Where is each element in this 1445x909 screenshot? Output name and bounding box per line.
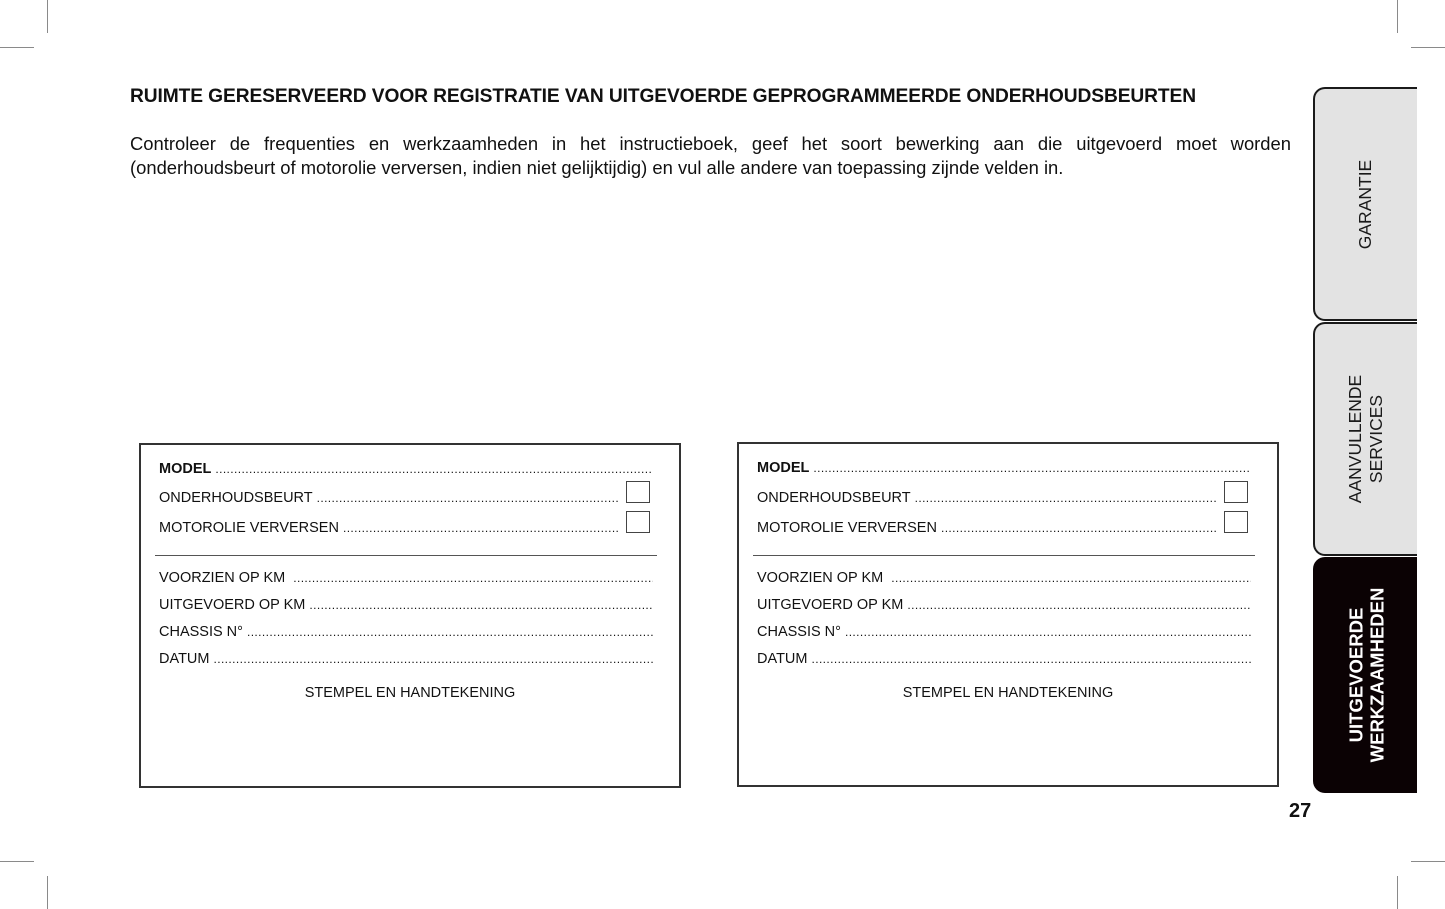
tab-label-line: WERKZAAMHEDEN xyxy=(1366,588,1387,763)
date-label: DATUM xyxy=(757,651,807,667)
chassis-dotted-line: ........................................… xyxy=(845,624,1251,640)
oil-change-checkbox[interactable] xyxy=(626,511,650,533)
stamp-signature-label: STEMPEL EN HANDTEKENING xyxy=(141,685,679,701)
page-number: 27 xyxy=(1289,800,1311,823)
tab-label-line: UITGEVOERDE xyxy=(1345,588,1366,763)
page-title: RUIMTE GERESERVEERD VOOR REGISTRATIE VAN… xyxy=(130,86,1196,108)
oil-change-field: MOTOROLIE VERVERSEN ....................… xyxy=(159,520,619,536)
done-km-dotted-line: ........................................… xyxy=(907,597,1251,613)
service-dotted-line: ........................................… xyxy=(317,490,619,506)
planned-km-label: VOORZIEN OP KM xyxy=(159,570,285,586)
planned-km-dotted-line: ........................................… xyxy=(293,570,653,586)
crop-mark-bottom-left-horizontal xyxy=(0,861,34,862)
intro-paragraph: Controleer de frequenties en werkzaamhed… xyxy=(130,132,1291,180)
section-divider xyxy=(155,555,657,556)
tab-aanvullende-services-label: AANVULLENDE SERVICES xyxy=(1345,375,1387,503)
service-label: ONDERHOUDSBEURT xyxy=(159,490,313,506)
chassis-label: CHASSIS N° xyxy=(757,624,841,640)
done-km-label: UITGEVOERD OP KM xyxy=(757,597,903,613)
chassis-dotted-line: ........................................… xyxy=(247,624,653,640)
crop-mark-top-right-vertical xyxy=(1397,0,1398,33)
crop-mark-top-right-horizontal xyxy=(1411,47,1445,48)
service-checkbox[interactable] xyxy=(1224,481,1248,503)
service-dotted-line: ........................................… xyxy=(915,490,1217,506)
tab-aanvullende-services[interactable]: AANVULLENDE SERVICES xyxy=(1313,322,1417,556)
crop-mark-bottom-right-horizontal xyxy=(1411,861,1445,862)
oil-change-label: MOTOROLIE VERVERSEN xyxy=(757,520,937,536)
date-field[interactable]: DATUM ..................................… xyxy=(159,651,653,667)
model-dotted-line: ........................................… xyxy=(813,460,1251,476)
stamp-signature-label: STEMPEL EN HANDTEKENING xyxy=(739,685,1277,701)
model-field[interactable]: MODEL ..................................… xyxy=(159,461,653,477)
tab-garantie[interactable]: GARANTIE xyxy=(1313,87,1417,321)
chassis-field[interactable]: CHASSIS N° .............................… xyxy=(159,624,653,640)
tab-garantie-label: GARANTIE xyxy=(1356,159,1377,248)
model-field[interactable]: MODEL ..................................… xyxy=(757,460,1251,476)
crop-mark-bottom-right-vertical xyxy=(1397,876,1398,909)
done-km-label: UITGEVOERD OP KM xyxy=(159,597,305,613)
done-km-field[interactable]: UITGEVOERD OP KM .......................… xyxy=(757,597,1251,613)
planned-km-dotted-line: ........................................… xyxy=(891,570,1251,586)
oil-change-dotted-line: ........................................… xyxy=(343,520,619,536)
tab-uitgevoerde-werkzaamheden[interactable]: UITGEVOERDE WERKZAAMHEDEN xyxy=(1313,557,1417,793)
date-field[interactable]: DATUM ..................................… xyxy=(757,651,1251,667)
tab-uitgevoerde-werkzaamheden-label: UITGEVOERDE WERKZAAMHEDEN xyxy=(1345,588,1387,763)
crop-mark-top-left-vertical xyxy=(47,0,48,33)
planned-km-field[interactable]: VOORZIEN OP KM .........................… xyxy=(757,570,1251,586)
maintenance-record-card-1: MODEL ..................................… xyxy=(139,443,681,788)
planned-km-label: VOORZIEN OP KM xyxy=(757,570,883,586)
planned-km-field[interactable]: VOORZIEN OP KM .........................… xyxy=(159,570,653,586)
model-dotted-line: ........................................… xyxy=(215,461,653,477)
service-checkbox[interactable] xyxy=(626,481,650,503)
date-dotted-line: ........................................… xyxy=(213,651,653,667)
crop-mark-bottom-left-vertical xyxy=(47,876,48,909)
service-label: ONDERHOUDSBEURT xyxy=(757,490,911,506)
service-field: ONDERHOUDSBEURT ........................… xyxy=(757,490,1217,506)
oil-change-dotted-line: ........................................… xyxy=(941,520,1217,536)
oil-change-label: MOTOROLIE VERVERSEN xyxy=(159,520,339,536)
date-label: DATUM xyxy=(159,651,209,667)
done-km-field[interactable]: UITGEVOERD OP KM .......................… xyxy=(159,597,653,613)
tab-label-line: GARANTIE xyxy=(1356,159,1377,248)
model-label: MODEL xyxy=(159,461,211,477)
service-field: ONDERHOUDSBEURT ........................… xyxy=(159,490,619,506)
section-divider xyxy=(753,555,1255,556)
oil-change-checkbox[interactable] xyxy=(1224,511,1248,533)
date-dotted-line: ........................................… xyxy=(811,651,1251,667)
oil-change-field: MOTOROLIE VERVERSEN ....................… xyxy=(757,520,1217,536)
tab-label-line: AANVULLENDE xyxy=(1345,375,1366,503)
done-km-dotted-line: ........................................… xyxy=(309,597,653,613)
maintenance-record-card-2: MODEL ..................................… xyxy=(737,442,1279,787)
model-label: MODEL xyxy=(757,460,809,476)
crop-mark-top-left-horizontal xyxy=(0,47,34,48)
chassis-field[interactable]: CHASSIS N° .............................… xyxy=(757,624,1251,640)
tab-label-line: SERVICES xyxy=(1366,375,1387,503)
chassis-label: CHASSIS N° xyxy=(159,624,243,640)
